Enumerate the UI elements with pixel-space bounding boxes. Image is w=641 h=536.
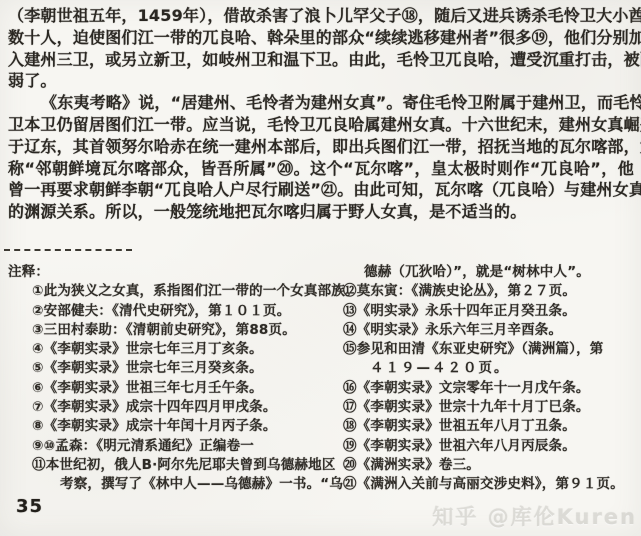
main-text-line: 于辽东，其首领努尔哈赤在统一建州本部后，即出兵图们江一带，招抚当地的瓦尔喀部，宣	[8, 136, 634, 158]
note-line: ⑧《李朝实录》成宗十年闰十月丙子条。	[8, 417, 318, 436]
note-line: ⑲《李朝实录》世祖六年八月丙辰条。	[343, 437, 585, 456]
main-text-line: 入建州三卫，或另立新卫，如岐州卫和温下卫。由此，毛怜卫兀良哈，遭受沉重打击，被削	[8, 49, 634, 71]
notes-label: 注释：	[8, 263, 318, 282]
note-line-continuation: 考察，撰写了《林中人——乌德赫》一书。“乌	[8, 475, 318, 494]
main-text-line: 曾一再要求朝鲜李朝“兀良哈人户尽行刷送”㉑。由此可知，瓦尔喀（兀良哈）与建州女真	[8, 179, 634, 201]
notes-right-column: 德赫（兀狄哈）”，就是“树林中人”。 ⑫莫东寅：《满族史论丛》，第２７页。 ⑬《…	[343, 263, 585, 495]
scanned-book-page: （李朝世祖五年，1459年），借故杀害了浪卜儿罕父子⑱，随后又进兵诱杀毛怜卫大小…	[0, 0, 641, 536]
main-text-line: 数十人，迫使图们江一带的兀良哈、斡朵里的部众“续续逃移建州者”很多⑲，他们分别加	[8, 27, 634, 49]
page-number: 35	[16, 496, 43, 517]
note-line: ⑯《李朝实录》文宗零年十一月戊午条。	[343, 379, 585, 398]
note-line-continuation: 德赫（兀狄哈）”，就是“树林中人”。	[343, 263, 585, 282]
footnote-divider	[4, 249, 132, 251]
note-line: ⑰《李朝实录》世宗十九年十月丁巳条。	[343, 398, 585, 417]
watermark: 知乎 @库伦Kuren	[432, 501, 637, 531]
note-line: ⑫莫东寅：《满族史论丛》，第２７页。	[343, 282, 585, 301]
note-line: ⑭《明实录》永乐六年三月辛酉条。	[343, 321, 585, 340]
main-text-line: 卫本卫仍留居图们江一带。应当说，毛怜卫兀良哈属建州女真。十六世纪末，建州女真崛兴	[8, 114, 634, 136]
main-text-block: （李朝世祖五年，1459年），借故杀害了浪卜儿罕父子⑱，随后又进兵诱杀毛怜卫大小…	[8, 5, 634, 223]
note-line: ⑤《李朝实录》世宗七年三月癸亥条。	[8, 359, 318, 378]
main-text-line: 弱了。	[8, 70, 634, 92]
main-text-line: 称“邻朝鲜境瓦尔喀部众，皆吾所属”⑳。这个“瓦尔喀”，皇太极时则作“兀良哈”，他	[8, 158, 634, 180]
note-line-continuation: ４１９—４２０页。	[343, 359, 585, 378]
note-line: ⑳《满洲实录》卷三。	[343, 456, 585, 475]
note-line: ①此为狭义之女真，系指图们江一带的一个女真部族。	[8, 282, 318, 301]
main-text-line: （李朝世祖五年，1459年），借故杀害了浪卜儿罕父子⑱，随后又进兵诱杀毛怜卫大小…	[8, 5, 634, 27]
main-text-line: 的渊源关系。所以，一般笼统地把瓦尔喀归属于野人女真，是不适当的。	[8, 201, 634, 223]
note-line: ⑥《李朝实录》世祖三年七月壬午条。	[8, 379, 318, 398]
note-line: ⑮参见和田清《东亚史研究》（满洲篇），第	[343, 340, 585, 359]
note-line: ③三田村泰助：《清朝前史研究》，第88页。	[8, 321, 318, 340]
note-line: ④《李朝实录》世宗七年三月丁亥条。	[8, 340, 318, 359]
note-line: ⑦《李朝实录》成宗十四年四月甲戌条。	[8, 398, 318, 417]
note-line: ⑪本世纪初，俄人B·阿尔先尼耶夫曾到乌德赫地区	[8, 456, 318, 475]
note-line: ②安部健夫：《清代史研究》，第１０１页。	[8, 302, 318, 321]
main-text-line: 《东夷考略》说，“居建州、毛怜者为建州女真”。寄住毛怜卫附属于建州卫，而毛怜	[8, 92, 634, 114]
note-line: ㉑《满洲入关前与高丽交涉史料》，第９１页。	[343, 475, 585, 494]
notes-left-column: 注释： ①此为狭义之女真，系指图们江一带的一个女真部族。 ②安部健夫：《清代史研…	[8, 263, 318, 495]
note-line: ⑱《李朝实录》世祖五年八月丁丑条。	[343, 417, 585, 436]
note-line: ⑬《明实录》永乐十四年正月癸丑条。	[343, 302, 585, 321]
note-line: ⑨⑩孟森：《明元清系通纪》正编卷一	[8, 437, 318, 456]
